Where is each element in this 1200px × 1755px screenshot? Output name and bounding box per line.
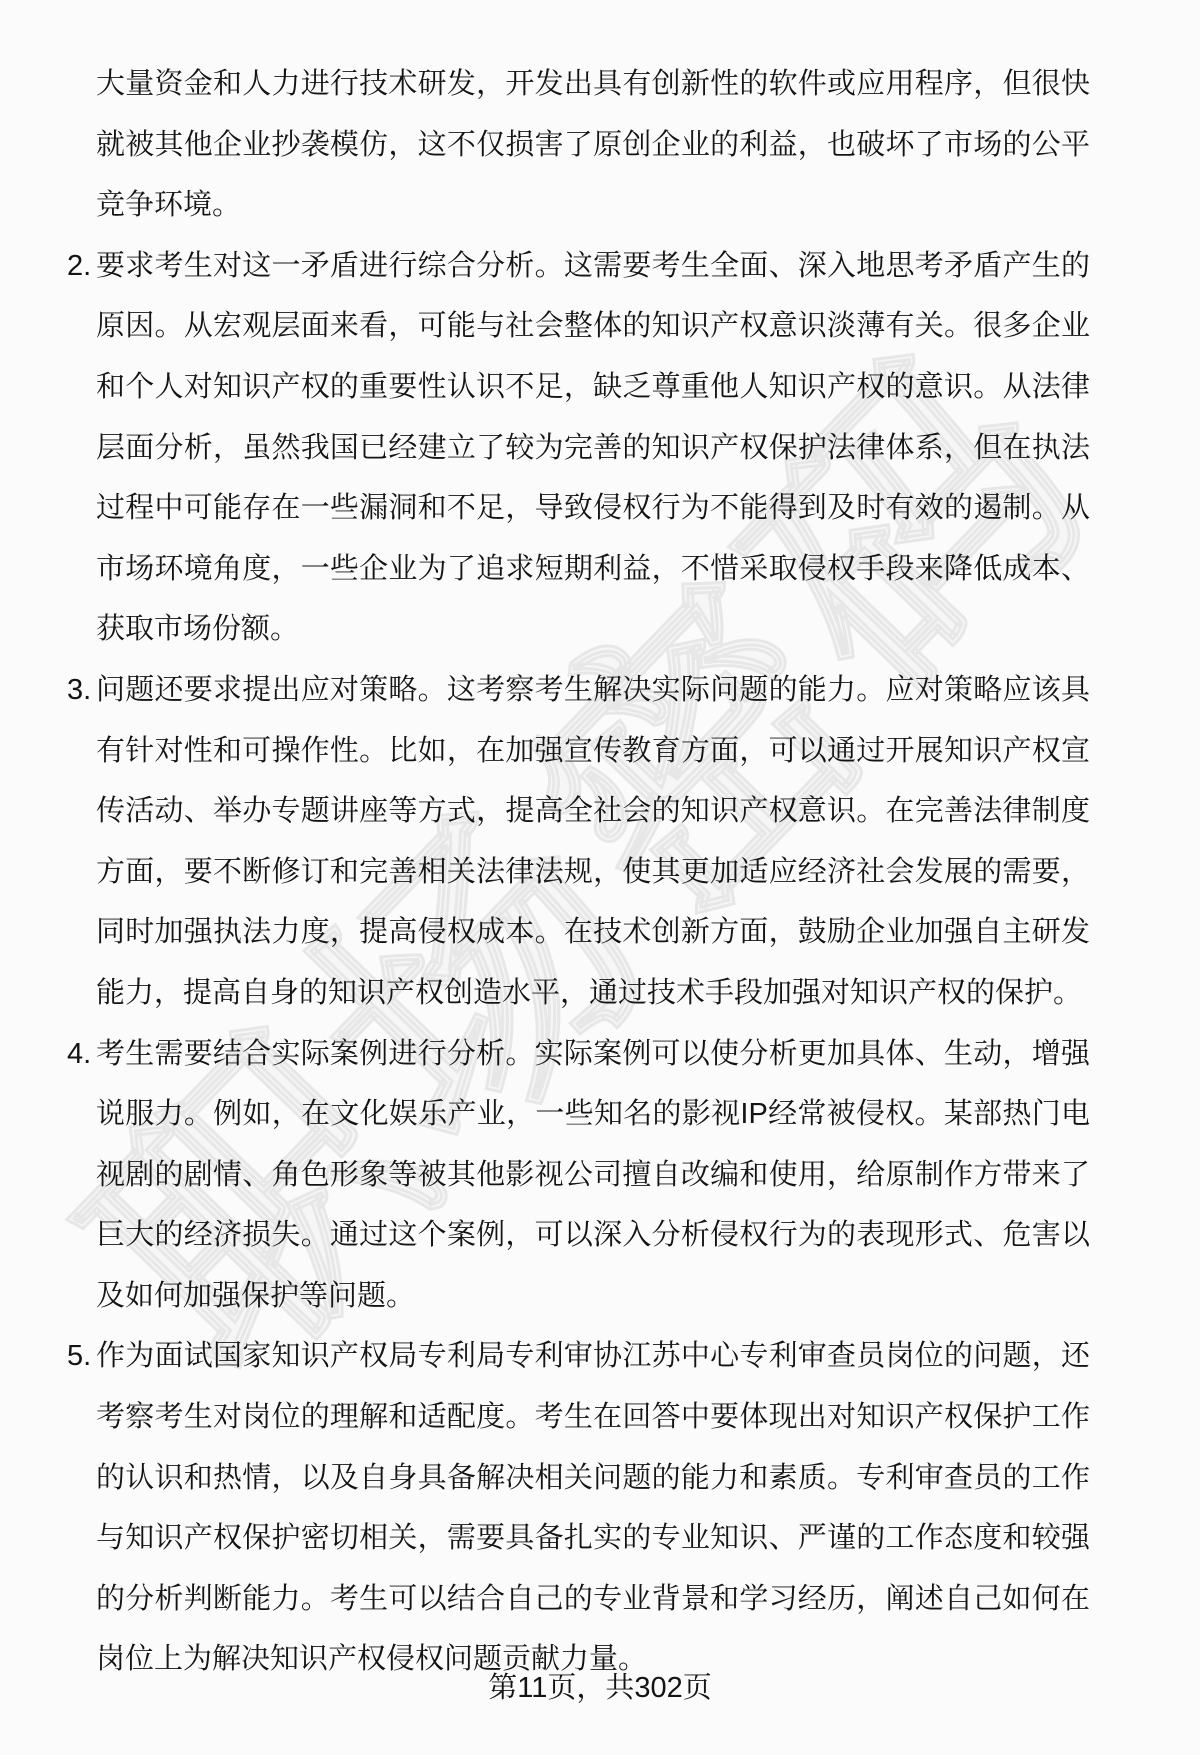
document-body: 大量资金和人力进行技术研发，开发出具有创新性的软件或应用程序，但很快就被其他企业…	[96, 54, 1090, 1690]
list-item-text: 作为面试国家知识产权局专利局专利审协江苏中心专利审查员岗位的问题，还考察考生对岗…	[96, 1340, 1090, 1675]
list-item-text: 要求考生对这一矛盾进行综合分析。这需要考生全面、深入地思考矛盾产生的原因。从宏观…	[96, 250, 1090, 646]
list-item-5: 5. 作为面试国家知识产权局专利局专利审协江苏中心专利审查员岗位的问题，还考察考…	[96, 1326, 1090, 1690]
page-number-footer: 第11页，共302页	[0, 1668, 1200, 1708]
list-number: 2.	[67, 236, 95, 297]
list-item-text: 考生需要结合实际案例进行分析。实际案例可以使分析更加具体、生动，增强说服力。例如…	[96, 1038, 1090, 1312]
list-number: 5.	[67, 1326, 95, 1387]
list-item-4: 4. 考生需要结合实际案例进行分析。实际案例可以使分析更加具体、生动，增强说服力…	[96, 1024, 1090, 1327]
list-number: 4.	[67, 1024, 95, 1085]
list-item-2: 2. 要求考生对这一矛盾进行综合分析。这需要考生全面、深入地思考矛盾产生的原因。…	[96, 236, 1090, 660]
list-item-text: 问题还要求提出应对策略。这考察考生解决实际问题的能力。应对策略应该具有针对性和可…	[96, 674, 1090, 1009]
paragraph-item1-continuation: 大量资金和人力进行技术研发，开发出具有创新性的软件或应用程序，但很快就被其他企业…	[96, 54, 1090, 236]
list-number: 3.	[67, 660, 95, 721]
list-item-3: 3. 问题还要求提出应对策略。这考察考生解决实际问题的能力。应对策略应该具有针对…	[96, 660, 1090, 1024]
paragraph-text: 大量资金和人力进行技术研发，开发出具有创新性的软件或应用程序，但很快就被其他企业…	[96, 68, 1090, 221]
document-page: 职场密码 大量资金和人力进行技术研发，开发出具有创新性的软件或应用程序，但很快就…	[0, 0, 1200, 1755]
